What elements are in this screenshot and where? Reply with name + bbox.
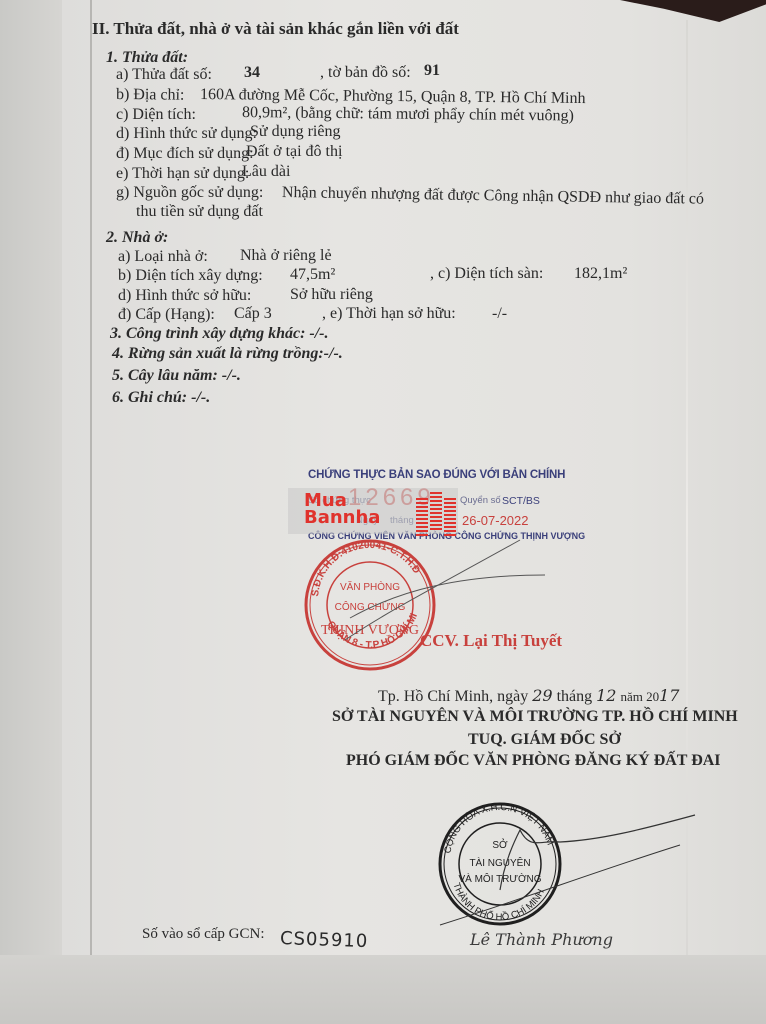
term-label: e) Thời hạn sử dụng: [116, 165, 249, 183]
issuing-agency: SỞ TÀI NGUYÊN VÀ MÔI TRƯỜNG TP. HỒ CHÍ M… [332, 708, 738, 726]
land-heading: 1. Thửa đất: [106, 49, 188, 67]
page-edge [90, 0, 92, 955]
book-label: Quyển số [460, 495, 501, 506]
house-type-label: a) Loại nhà ở: [118, 248, 208, 266]
section-title: II. Thửa đất, nhà ở và tài sản khác gắn … [92, 20, 459, 38]
own-term-label: , e) Thời hạn sở hữu: [322, 305, 456, 323]
register-number: CS05910 [280, 930, 369, 951]
purpose-value: Đất ở tại đô thị [246, 143, 342, 161]
watermark-line2: Bannha [304, 509, 380, 526]
year-label: năm 20 [620, 689, 659, 704]
issue-month: 12 [596, 686, 616, 705]
house-heading: 2. Nhà ở: [106, 229, 168, 247]
issue-day: 29 [532, 686, 552, 705]
perennial-trees: 5. Cây lâu năm: -/-. [112, 367, 241, 385]
area-label: c) Diện tích: [116, 106, 196, 124]
term-value: Lâu dài [242, 163, 290, 181]
on-behalf-of: TUQ. GIÁM ĐỐC SỞ [468, 731, 621, 749]
watermark-text: Mua Bannha [304, 492, 380, 526]
book-suffix: SCT/BS [502, 495, 540, 507]
page-fold [686, 20, 688, 1024]
month-label: tháng [557, 688, 593, 705]
build-area-value: 47,5m² [290, 266, 335, 284]
own-term-value: -/- [492, 305, 507, 323]
notary-name: CCV. Lại Thị Tuyết [420, 632, 562, 650]
other-construction: 3. Công trình xây dựng khác: -/-. [110, 325, 329, 343]
parcel-number: 34 [244, 64, 260, 82]
map-sheet-label: , tờ bản đồ số: [320, 64, 411, 82]
ownership-label: d) Hình thức sở hữu: [118, 287, 251, 305]
ownership-value: Sở hữu riêng [290, 286, 373, 304]
issuance-place: Tp. Hồ Chí Minh, ngày 29 tháng 12 năm 20… [378, 687, 679, 706]
address-label: b) Địa chỉ: [116, 86, 185, 105]
house-type-value: Nhà ở riêng lẻ [240, 247, 332, 265]
page-bottom-shadow [0, 955, 766, 1024]
floor-area-value: 182,1m² [574, 265, 627, 283]
facing-page [0, 0, 62, 1024]
use-form-value: Sử dụng riêng [250, 123, 340, 141]
origin-value-line2: thu tiền sử dụng đất [136, 203, 263, 221]
notary-date: 26-07-2022 [462, 513, 529, 528]
build-area-label: b) Diện tích xây dựng: [118, 267, 263, 285]
place-date-label: Tp. Hồ Chí Minh, ngày [378, 688, 528, 705]
issue-year: 17 [659, 686, 679, 705]
watermark-logo-icon [416, 492, 458, 532]
floor-area-label: , c) Diện tích sàn: [430, 265, 543, 283]
planted-forest: 4. Rừng sản xuất là rừng trồng:-/-. [112, 345, 343, 363]
notary-stamp-title: CHỨNG THỰC BẢN SAO ĐÚNG VỚI BẢN CHÍNH [308, 469, 565, 481]
signer-name: Lê Thành Phương [470, 930, 613, 949]
watermark: Mua Bannha [288, 488, 458, 534]
map-sheet-number: 91 [424, 62, 440, 80]
register-label: Số vào sổ cấp GCN: [142, 925, 265, 943]
origin-label: g) Nguồn gốc sử dụng: [116, 184, 263, 202]
grade-label: đ) Cấp (Hạng): [118, 306, 215, 324]
notes: 6. Ghi chú: -/-. [112, 389, 210, 407]
grade-value: Cấp 3 [234, 305, 272, 323]
parcel-label: a) Thửa đất số: [116, 66, 212, 84]
signer-position: PHÓ GIÁM ĐỐC VĂN PHÒNG ĐĂNG KÝ ĐẤT ĐAI [346, 752, 721, 770]
use-form-label: d) Hình thức sử dụng: [116, 125, 257, 143]
purpose-label: đ) Mục đích sử dụng: [116, 145, 254, 163]
